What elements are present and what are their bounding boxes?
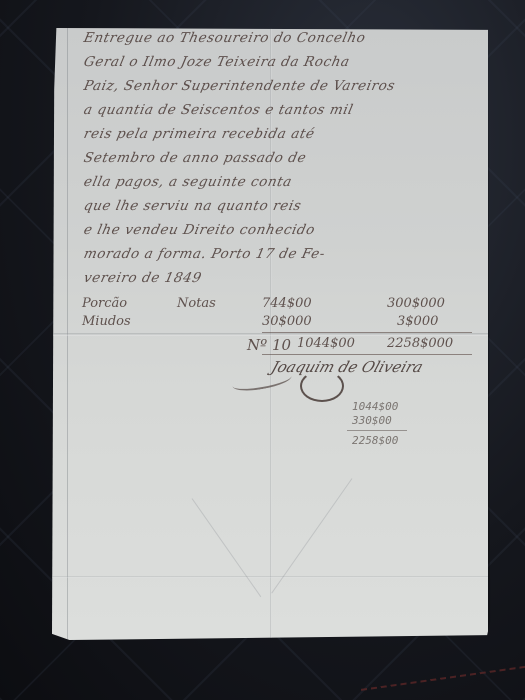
body-line: Paiz, Senhor Superintendente de Vareiros (82, 78, 396, 94)
total-amount: 1044$00 (297, 336, 355, 351)
body-line: reis pela primeira recebida até (82, 126, 316, 142)
body-line: Setembro de anno passado de (82, 150, 308, 166)
account-total-row: Nº 10 1044$00 2258$000 (82, 336, 472, 352)
body-line: vereiro de 1849 (82, 270, 203, 286)
body-line: morado a forma. Porto 17 de Fe- (82, 246, 326, 262)
total-rule (262, 354, 472, 355)
pencil-result: 2258$00 (352, 434, 398, 447)
grand-total: 2258$000 (387, 336, 453, 351)
signature-flourish (300, 370, 344, 402)
document-paper: Entregue ao Thesoureiro do Concelho Gera… (52, 28, 488, 640)
body-line: que lhe serviu na quanto reis (82, 198, 303, 214)
signature-flourish (231, 368, 293, 394)
account-label: Porcão (82, 296, 127, 311)
account-amount: 30$000 (262, 314, 312, 329)
sum-rule (262, 332, 472, 333)
account-row: Porcão Notas 744$00 300$000 (82, 296, 472, 312)
body-line: ella pagos, a seguinte conta (82, 174, 293, 190)
account-desc: Notas (177, 296, 216, 311)
body-line: Entregue ao Thesoureiro do Concelho (82, 30, 367, 46)
pencil-line: 330$00 (352, 414, 392, 427)
total-prefix: Nº 10 (247, 336, 291, 354)
pencil-line: 1044$00 (352, 400, 398, 413)
account-amount: 744$00 (262, 296, 312, 311)
body-line: e lhe vendeu Direito conhecido (82, 222, 316, 238)
account-total: 300$000 (387, 296, 445, 311)
pencil-rule (347, 430, 407, 431)
body-line: a quantia de Seiscentos e tantos mil (82, 102, 355, 118)
paper-crease (192, 498, 262, 597)
account-total: 3$000 (397, 314, 438, 329)
account-label: Miudos (82, 314, 131, 329)
couch-stitching (361, 661, 525, 691)
bottom-fold (52, 576, 488, 578)
account-row: Miudos 30$000 3$000 (82, 314, 472, 330)
body-line: Geral o Ilmo Joze Teixeira da Rocha (82, 54, 351, 70)
signature: Joaquim de Oliveira (269, 358, 425, 376)
